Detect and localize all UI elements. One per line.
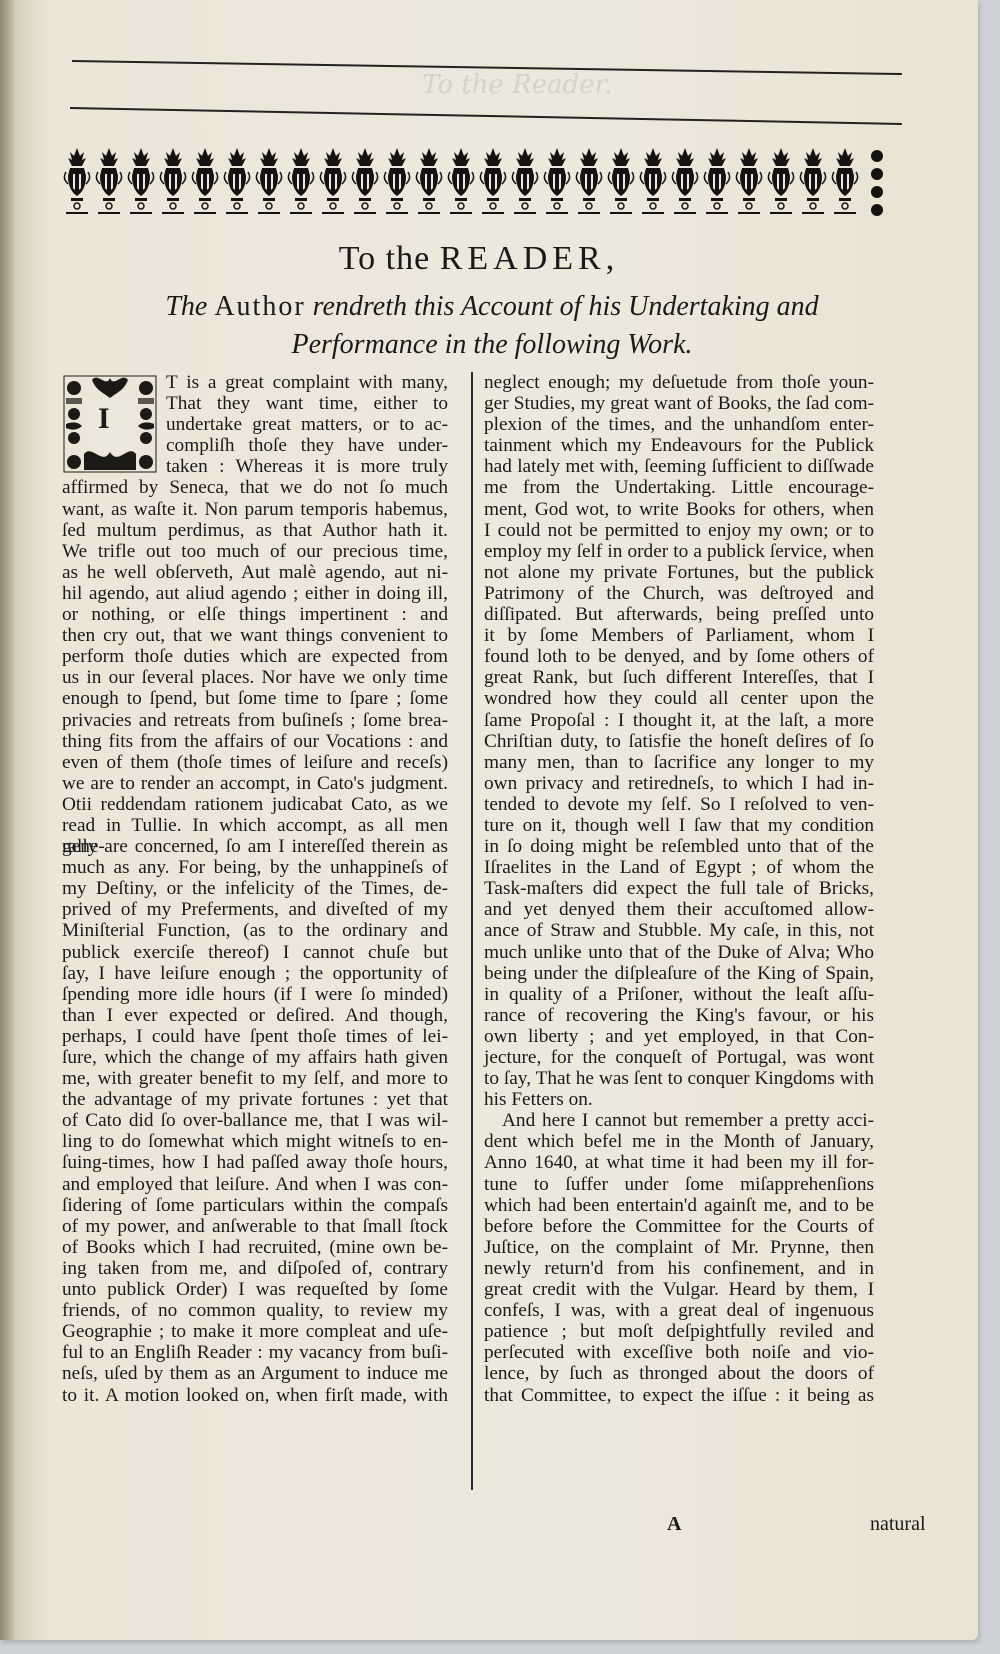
text-line: much as any. For being, by the unhappine…	[62, 857, 448, 878]
text-line: of my power, and anſwerable to that ſmal…	[62, 1216, 448, 1237]
text-line: rally are concerned, ſo am I intereſſed …	[62, 836, 448, 857]
text-line: his Fetters on.	[484, 1089, 874, 1110]
header-rule-bottom	[70, 107, 902, 125]
text-line: confeſs, I was, with a great deal of ing…	[484, 1300, 874, 1321]
text-line: then cry out, that we want things conven…	[62, 625, 448, 646]
text-line: ment, God wot, to write Books for others…	[484, 499, 874, 520]
text-line: lence, by ſuch as thronged about the doo…	[484, 1363, 874, 1384]
text-line: Otii reddendam rationem judicabat Cato, …	[62, 794, 448, 815]
subtitle-post: rendreth this Account of his Undertaking…	[306, 291, 819, 322]
text-line: employ my ſelf in order to a publick ſer…	[484, 541, 874, 562]
text-line: to ſay, That he was ſent to conquer King…	[484, 1068, 874, 1089]
drop-cap-letter: I	[98, 408, 110, 429]
text-line: diſſipated. But afterwards, being preſſe…	[484, 604, 874, 625]
text-line: Chriſtian duty, to ſatisfie the honeſt d…	[484, 731, 874, 752]
text-line: wondred how they could all center upon t…	[484, 688, 874, 709]
title-suffix: ,	[606, 240, 616, 277]
subtitle-author: Author	[214, 291, 305, 322]
text-line: tended to devote my ſelf. So I reſolved …	[484, 794, 874, 815]
title-caps: READER	[440, 240, 606, 277]
text-line: we are to render an accompt, in Cato's j…	[62, 773, 448, 794]
text-line: me, with greater benefit to my ſelf, and…	[62, 1068, 448, 1089]
text-line: ger Studies, my great want of Books, the…	[484, 393, 874, 414]
urn-ornament-icon	[382, 146, 412, 218]
text-line: tainment which my Endeavours for the Pub…	[484, 435, 874, 456]
urn-ornament-icon	[702, 146, 732, 218]
catchword: natural	[870, 1513, 926, 1536]
column-divider	[471, 372, 473, 1490]
text-line: jecture, for the conqueſt of Portugal, w…	[484, 1047, 874, 1068]
text-line: which had been entertain'd againſt me, a…	[484, 1195, 874, 1216]
text-line: had lately met with, ſeeming ſufficient …	[484, 456, 874, 477]
urn-ornament-icon	[254, 146, 284, 218]
book-page: To the Reader. To the READER, The Author…	[0, 0, 978, 1640]
urn-ornament-icon	[94, 146, 124, 218]
text-line: patience ; but moſt deſpightfully revile…	[484, 1321, 874, 1342]
text-line: own liberty ; and yet employed, in that …	[484, 1026, 874, 1047]
text-line: Geographie ; to make it more compleat an…	[62, 1321, 448, 1342]
text-line: perſecuted with exceſſive both noiſe and…	[484, 1342, 874, 1363]
text-line: newly return'd from his confinement, and…	[484, 1258, 874, 1279]
right-column: neglect enough; my deſuetude from thoſe …	[484, 372, 874, 1406]
text-line: us in our ſeveral places. Nor have we on…	[62, 667, 448, 688]
text-line: And here I cannot but remember a pretty …	[484, 1110, 874, 1131]
text-line: in quality of a Priſoner, without the le…	[484, 984, 874, 1005]
text-line: Anno 1640, at what time it had been my i…	[484, 1152, 874, 1173]
text-line: publick exerciſe thereof) I cannot chuſe…	[62, 942, 448, 963]
text-line: Juſtice, on the complaint of Mr. Prynne,…	[484, 1237, 874, 1258]
urn-ornament-icon	[158, 146, 188, 218]
two-column-body: I T is a great complaint with many,That …	[62, 372, 892, 1472]
text-line: being under the diſpleaſure of the King …	[484, 963, 874, 984]
urn-ornament-icon	[446, 146, 476, 218]
text-line: Iſraelites in the Land of Egypt ; of who…	[484, 857, 874, 878]
urn-ornament-icon	[574, 146, 604, 218]
text-line: ing taken from me, and diſpoſed of, cont…	[62, 1258, 448, 1279]
text-line: enough to ſpend, but ſome time to ſpare …	[62, 688, 448, 709]
text-line: ture on it, though well I ſaw that my co…	[484, 815, 874, 836]
urn-ornament-icon	[318, 146, 348, 218]
text-line: my Deſtiny, or the infelicity of the Tim…	[62, 878, 448, 899]
text-line: that Committee, to expect the iſſue : it…	[484, 1385, 874, 1406]
text-line: want, as waſte it. Non parum temporis ha…	[62, 499, 448, 520]
text-line: privacies and retreats from buſineſs ; ſ…	[62, 710, 448, 731]
drop-cap-ornament: I	[62, 374, 158, 474]
page-title: To the READER,	[62, 240, 892, 278]
text-line: it by ſome Members of Parliament, whom I	[484, 625, 874, 646]
text-line: of Books which I had recruited, (mine ow…	[62, 1237, 448, 1258]
urn-ornament-icon	[542, 146, 572, 218]
text-line: and employed that leiſure. And when I wa…	[62, 1174, 448, 1195]
text-line: ſuing-times, how I had paſſed away thoſe…	[62, 1152, 448, 1173]
text-line: of Cato did ſo over-ballance me, that I …	[62, 1110, 448, 1131]
text-line: tune to ſuffer under ſome miſapprehenſio…	[484, 1174, 874, 1195]
urn-ornament-icon	[478, 146, 508, 218]
text-line: many men, than to ſacrifice any longer t…	[484, 752, 874, 773]
text-line: ſidering of ſome particulars within the …	[62, 1195, 448, 1216]
text-line: Patrimony of the Church, was deſtroyed a…	[484, 583, 874, 604]
urn-ornament-icon	[286, 146, 316, 218]
text-line: dent which befel me in the Month of Janu…	[484, 1131, 874, 1152]
text-line: ſure, which the change of my affairs hat…	[62, 1047, 448, 1068]
text-line: in ſo doing might be reſembled unto that…	[484, 836, 874, 857]
text-line: me from the Undertaking. Little encourag…	[484, 477, 874, 498]
text-line: not alone my private Fortunes, but the p…	[484, 562, 874, 583]
text-line: even of them (thoſe times of leiſure and…	[62, 752, 448, 773]
text-line: read in Tullie. In which accompt, as all…	[62, 815, 448, 836]
text-line: neglect enough; my deſuetude from thoſe …	[484, 372, 874, 393]
subtitle-pre: The	[165, 291, 214, 322]
text-line: friends, of no common quality, to review…	[62, 1300, 448, 1321]
text-line: rance of recovering the King's favour, o…	[484, 1005, 874, 1026]
text-line: neſs, uſed by them as an Argument to ind…	[62, 1363, 448, 1384]
text-line: own privacy and retiredneſs, to which I …	[484, 773, 874, 794]
running-head-showthrough: To the Reader.	[422, 70, 612, 100]
signature-mark: A	[667, 1513, 681, 1536]
text-line: ſed multum perdimus, as that Author hath…	[62, 520, 448, 541]
text-line: much unlike unto that of the Duke of Alv…	[484, 942, 874, 963]
text-line: as he well obſerveth, Aut malè agendo, a…	[62, 562, 448, 583]
text-line: ling to do ſomewhat which might witneſs …	[62, 1131, 448, 1152]
urn-ornament-icon	[510, 146, 540, 218]
urn-ornament-icon	[830, 146, 860, 218]
urn-ornament-icon	[222, 146, 252, 218]
text-line: the advantage of my private fortunes : y…	[62, 1089, 448, 1110]
text-line: affirmed by Seneca, that we do not ſo mu…	[62, 477, 448, 498]
text-line: ful to an Engliſh Reader : my vacancy fr…	[62, 1342, 448, 1363]
text-line: unto publick Order) I was requeſted by ſ…	[62, 1279, 448, 1300]
text-line: or nothing, or elſe things impertinent :…	[62, 604, 448, 625]
text-line: hil agendo, aut aliud agendo ; either in…	[62, 583, 448, 604]
text-line: than I ever expected or deſired. And tho…	[62, 1005, 448, 1026]
urn-ornament-icon	[734, 146, 764, 218]
urn-ornament-icon	[606, 146, 636, 218]
text-line: ſpending more idle hours (if I were ſo m…	[62, 984, 448, 1005]
text-line: ſay, I have leiſure enough ; the opportu…	[62, 963, 448, 984]
urn-ornament-icon	[62, 146, 92, 218]
urn-ornament-icon	[414, 146, 444, 218]
urn-ornament-icon	[126, 146, 156, 218]
urn-ornament-icon	[798, 146, 828, 218]
text-line: prived of my Preferments, and diveſted o…	[62, 899, 448, 920]
ornamental-headpiece	[62, 140, 892, 218]
text-line: plexion of the times, and the unhandſom …	[484, 414, 874, 435]
subtitle-line-2: Performance in the following Work.	[92, 326, 892, 364]
floral-border-icon	[62, 374, 158, 474]
urn-ornament-icon	[766, 146, 796, 218]
text-line: We trifle out too much of our precious t…	[62, 541, 448, 562]
text-line: thing fits from the affairs of our Vocat…	[62, 731, 448, 752]
page-gutter-shadow	[0, 0, 14, 1640]
text-line: found loth to be denyed, and by ſome oth…	[484, 646, 874, 667]
flower-ornament-icon	[862, 146, 892, 218]
text-line: before before the Committee for the Cour…	[484, 1216, 874, 1237]
text-line: Miniſterial Function, (as to the ordinar…	[62, 920, 448, 941]
text-line: great credit with the Vulgar. Heard by t…	[484, 1279, 874, 1300]
text-line: and yet denyed them their accuſtomed all…	[484, 899, 874, 920]
urn-ornament-icon	[670, 146, 700, 218]
urn-ornament-icon	[190, 146, 220, 218]
title-prefix: To the	[339, 240, 440, 277]
text-line: Task-maſters did expect the full tale of…	[484, 878, 874, 899]
urn-ornament-icon	[638, 146, 668, 218]
text-line: perform thoſe duties which are expected …	[62, 646, 448, 667]
text-line: perhaps, I could have ſpent thoſe times …	[62, 1026, 448, 1047]
text-line: great Rank, but ſuch different Intereſſe…	[484, 667, 874, 688]
text-line: ance of Straw and Stubble. My caſe, in t…	[484, 920, 874, 941]
text-line: to it. A motion looked on, when firſt ma…	[62, 1385, 448, 1406]
text-line: ſame Propoſal : I thought it, at the laſ…	[484, 710, 874, 731]
text-line: I could not be permitted to enjoy my own…	[484, 520, 874, 541]
page-subtitle: The Author rendreth this Account of his …	[92, 288, 892, 364]
left-column: I T is a great complaint with many,That …	[62, 372, 448, 1406]
urn-ornament-icon	[350, 146, 380, 218]
